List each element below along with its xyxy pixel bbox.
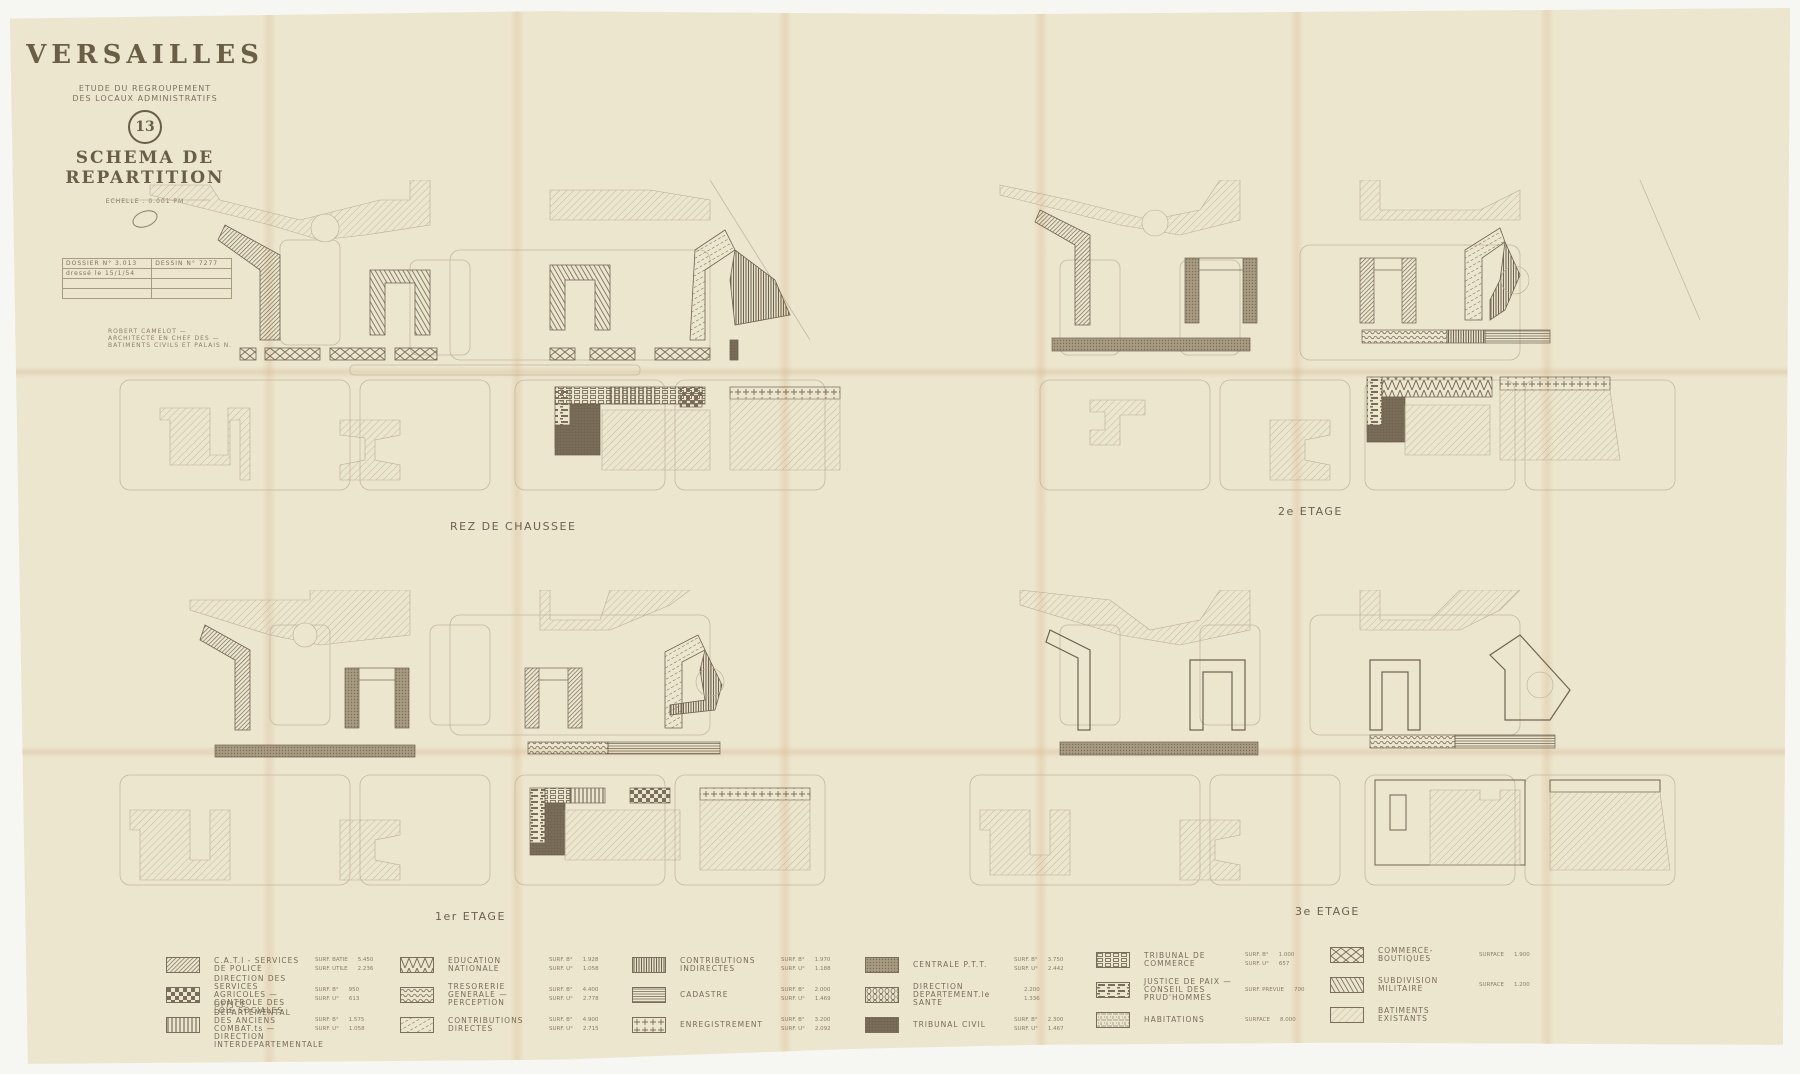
swatch-grid-dark-icon: [865, 1017, 899, 1033]
legend-item-enregistrement: ENREGISTREMENT SURF. B°3.200SURF. U°2.09…: [632, 1015, 831, 1035]
legend-item-anciens-combattants: OFFICE DEPARTEMENTAL DES ANCIENS COMBAT.…: [166, 1015, 365, 1035]
legend-item-sante: DIRECTION DEPARTEMENT.le SANTE 2.2001.33…: [865, 985, 1040, 1005]
swatch-stipple-icon: [865, 957, 899, 973]
plan-1er-etage: [110, 590, 850, 890]
legend-item-education-nationale: EDUCATION NATIONALE SURF. B°1.928SURF. U…: [400, 955, 599, 975]
legend-item-subdivision-militaire: SUBDIVISION MILITAIRE SURFACE1.200: [1330, 975, 1530, 995]
swatch-ovals-icon: [865, 987, 899, 1003]
legend-item-contributions-indirectes: CONTRIBUTIONS INDIRECTES SURF. B°1.970SU…: [632, 955, 831, 975]
legend-item-centrale-ptt: CENTRALE P.T.T. SURF. B°3.750SURF. U°2.4…: [865, 955, 1064, 975]
swatch-dash-diag-icon: [400, 1017, 434, 1033]
legend-item-contributions-directes: CONTRIBUTIONS DIRECTES SURF. B°4.900SURF…: [400, 1015, 599, 1035]
swatch-vertical-dense-icon: [632, 957, 666, 973]
level-label-3e-etage: 3e ETAGE: [1295, 905, 1360, 918]
swatch-checker-icon: [166, 987, 200, 1003]
plan-3e-etage: [960, 590, 1700, 890]
legend-item-cati-police: C.A.T.I - SERVICES DE POLICE SURF. BATIE…: [166, 955, 373, 975]
drawing-sheet: [10, 8, 1790, 1066]
legend-item-commerce-boutiques: COMMERCE-BOUTIQUES SURFACE1.900: [1330, 945, 1530, 965]
legend-item-tribunal-civil: TRIBUNAL CIVIL SURF. B°2.300SURF. U°1.46…: [865, 1015, 1064, 1035]
dresse-label: dressé le: [66, 270, 102, 277]
subtitle-line-2: DES LOCAUX ADMINISTRATIFS: [20, 94, 270, 104]
swatch-brick-icon: [1096, 952, 1130, 968]
swatch-brick-alt-icon: [1096, 982, 1130, 998]
legend-item-tresorerie: TRESORERIE GENERALE — PERCEPTION SURF. B…: [400, 985, 599, 1005]
swatch-vertical-icon: [166, 1017, 200, 1033]
city-title: VERSAILLES: [20, 40, 270, 70]
legend: C.A.T.I - SERVICES DE POLICE SURF. BATIE…: [160, 955, 1560, 1055]
swatch-random-icon: [1096, 1012, 1130, 1028]
swatch-wave-icon: [400, 987, 434, 1003]
plate-number-circle: 13: [128, 110, 162, 144]
swatch-diag-bold-icon: [1330, 977, 1364, 993]
level-label-1er-etage: 1er ETAGE: [435, 910, 506, 923]
plan-rez-de-chaussee: [110, 180, 850, 510]
legend-item-cadastre: CADASTRE SURF. B°2.000SURF. U°1.469: [632, 985, 831, 1005]
swatch-light-diag-icon: [1330, 1007, 1364, 1023]
swatch-lattice-icon: [1330, 947, 1364, 963]
swatch-cross-icon: [632, 1017, 666, 1033]
legend-item-justice-de-paix: JUSTICE DE PAIX — CONSEIL DES PRUD'HOMME…: [1096, 980, 1305, 1000]
plan-2e-etage: [960, 180, 1700, 510]
swatch-zigzag-icon: [400, 957, 434, 973]
swatch-diag-dense-icon: [166, 957, 200, 973]
legend-item-habitations: HABITATIONS SURFACE8.000: [1096, 1010, 1296, 1030]
subtitle-line-1: ETUDE DU REGROUPEMENT: [20, 84, 270, 94]
level-label-rdc: REZ DE CHAUSSEE: [450, 520, 576, 533]
legend-item-tribunal-commerce: TRIBUNAL DE COMMERCE SURF. B°1.000SURF. …: [1096, 950, 1294, 970]
legend-item-batiments-existants: BATIMENTS EXISTANTS: [1330, 1005, 1473, 1025]
level-label-2e-etage: 2e ETAGE: [1278, 505, 1343, 518]
swatch-horizontal-icon: [632, 987, 666, 1003]
